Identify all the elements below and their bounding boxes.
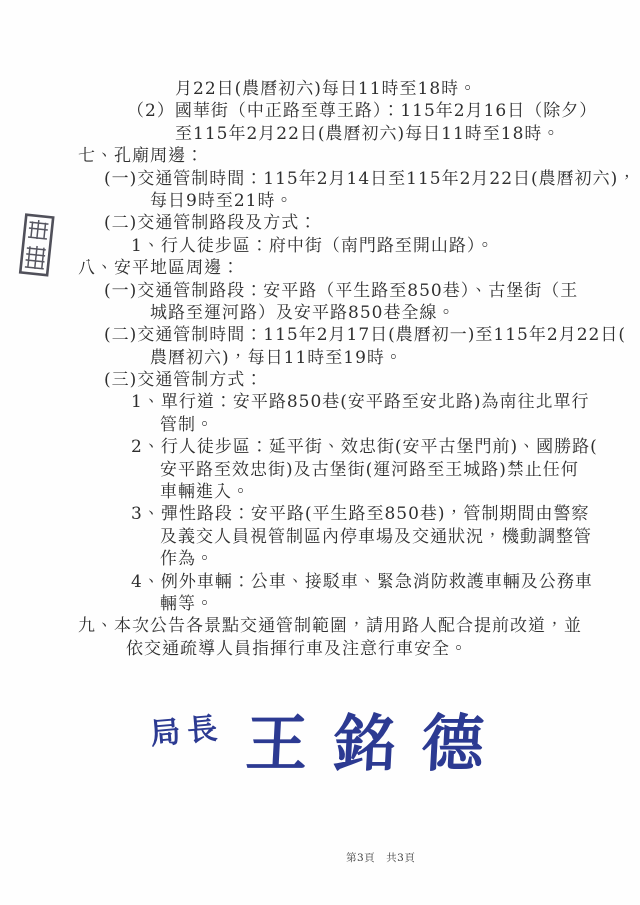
doc-line: (一)交通管制時間：115年2月14日至115年2月22日(農曆初六)， <box>0 168 640 190</box>
doc-line: （2）國華街（中正路至尊王路）：115年2月16日（除夕） <box>0 100 640 122</box>
doc-section-heading: 七、孔廟周邊： <box>0 145 640 167</box>
signature-block: 局長 王銘德 <box>0 696 640 786</box>
doc-line: 輛等。 <box>0 593 640 615</box>
doc-line: 農曆初六)，每日11時至19時。 <box>0 347 640 369</box>
doc-line: 每日9時至21時。 <box>0 190 640 212</box>
cross-page-seal-stamp <box>16 211 59 282</box>
doc-line: 管制。 <box>0 414 640 436</box>
doc-line: (三)交通管制方式： <box>0 369 640 391</box>
doc-line: 至115年2月22日(農曆初六)每日11時至18時。 <box>0 123 640 145</box>
doc-line: 1、單行道：安平路850巷(安平路至安北路)為南往北單行 <box>0 391 640 413</box>
doc-line: 城路至運河路）及安平路850巷全線。 <box>0 302 640 324</box>
doc-line: 車輛進入。 <box>0 481 640 503</box>
doc-line: 及義交人員視管制區內停車場及交通狀況，機動調整管 <box>0 526 640 548</box>
doc-line: 2、行人徒步區：延平街、效忠街(安平古堡門前)、國勝路( <box>0 436 640 458</box>
signature-title: 局長 <box>148 703 226 753</box>
page-number: 第3頁 共3頁 <box>346 850 415 865</box>
doc-line: (一)交通管制路段：安平路（平生路至850巷）、古堡街（王 <box>0 280 640 302</box>
doc-line: (二)交通管制時間：115年2月17日(農曆初一)至115年2月22日( <box>0 324 640 346</box>
doc-line: 安平路至效忠街)及古堡街(運河路至王城路)禁止任何 <box>0 459 640 481</box>
seal-icon <box>16 211 59 282</box>
announcement-body: 月22日(農曆初六)每日11時至18時。 （2）國華街（中正路至尊王路）：115… <box>0 78 640 660</box>
doc-section-heading: 八、安平地區周邊： <box>0 257 640 279</box>
signature-name: 王銘德 <box>244 694 513 783</box>
doc-line: 4、例外車輛：公車、接駁車、緊急消防救護車輛及公務車 <box>0 571 640 593</box>
doc-line: 3、彈性路段：安平路(平生路至850巷)，管制期間由警察 <box>0 503 640 525</box>
document-page: 月22日(農曆初六)每日11時至18時。 （2）國華街（中正路至尊王路）：115… <box>0 0 640 905</box>
doc-line: 作為。 <box>0 548 640 570</box>
doc-line: 1、行人徒步區：府中街（南門路至開山路）。 <box>0 235 640 257</box>
doc-line: (二)交通管制路段及方式： <box>0 212 640 234</box>
doc-section-heading: 九、本次公告各景點交通管制範圍，請用路人配合提前改道，並 <box>0 615 640 637</box>
doc-line: 月22日(農曆初六)每日11時至18時。 <box>0 78 640 100</box>
doc-line: 依交通疏導人員指揮行車及注意行車安全。 <box>0 638 640 660</box>
